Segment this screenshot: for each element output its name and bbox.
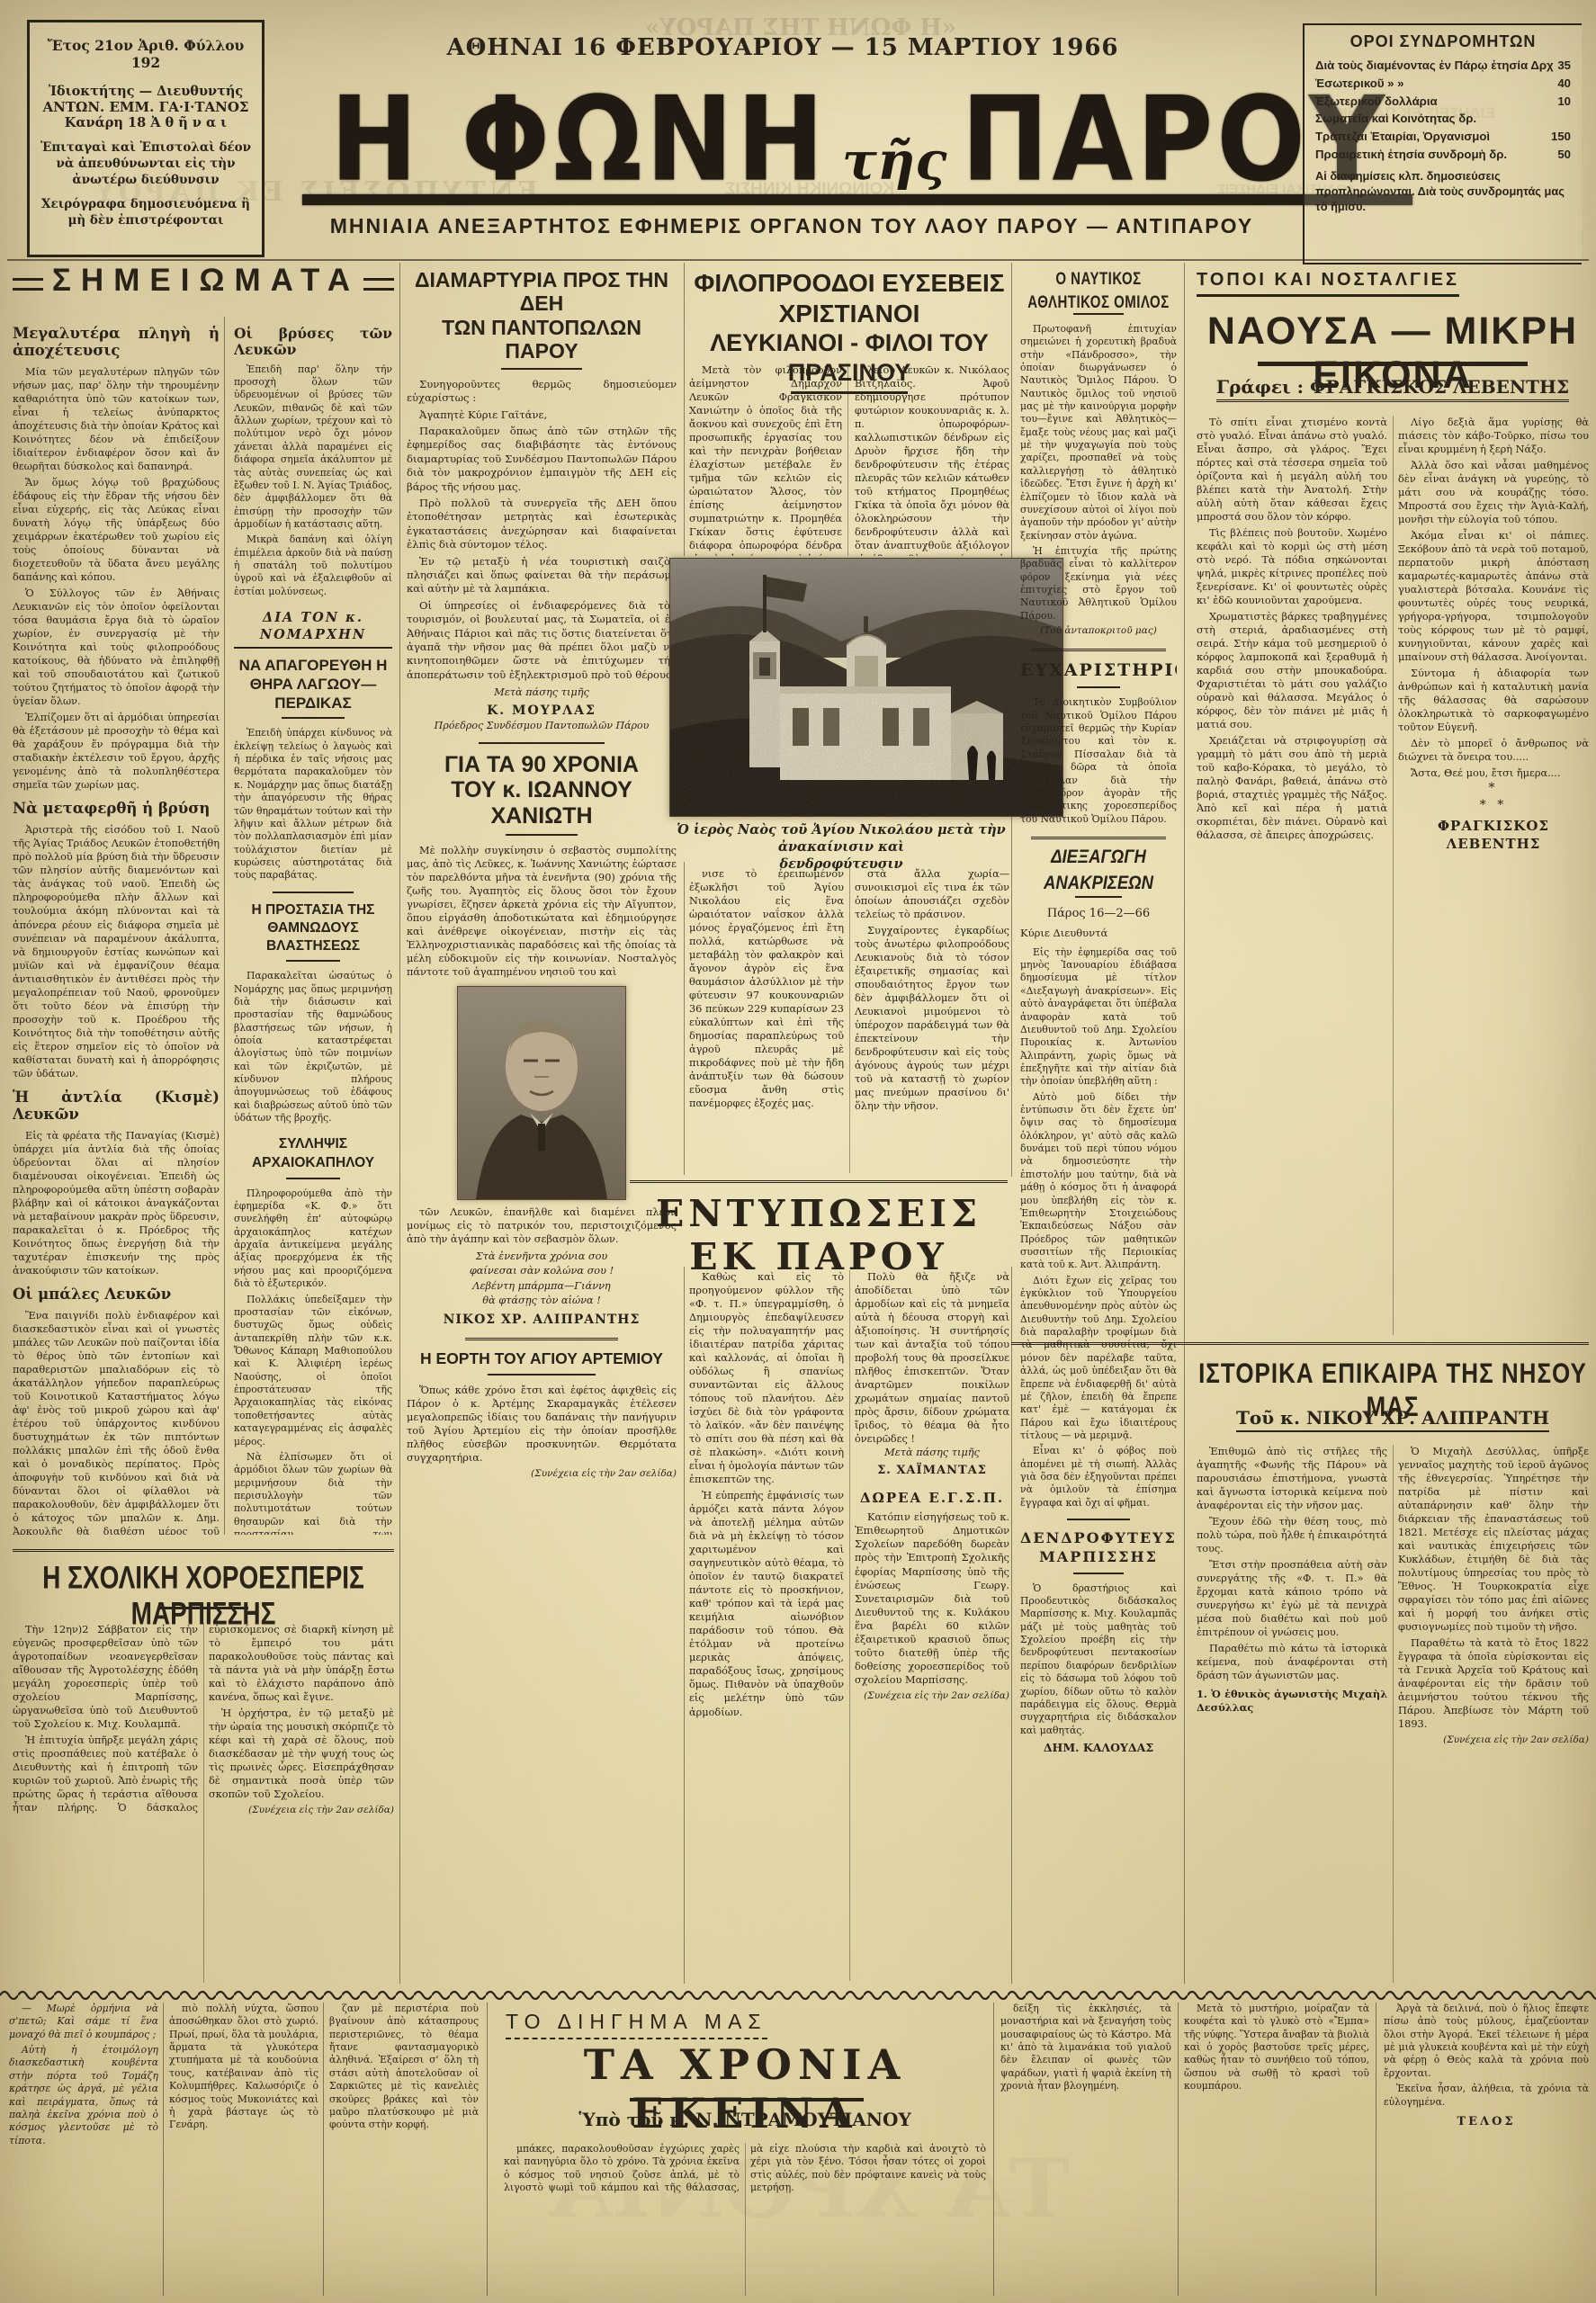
paragraph: ζαν μὲ περιστέρια ποὺ βγαίνουν ἀπὸ κάτασ…: [329, 2003, 479, 2132]
byline: Γράφει : ΦΡΑΓΚΙΣΚΟΣ ΛΕΒΕΝΤΗΣ: [1216, 376, 1569, 402]
article-title: ΔΩΡΕΑ Ε.Γ.Σ.Π.: [855, 1490, 1009, 1508]
paragraph: Τὶς βλέπεις ποὺ βουτοῦν. Χωμένο κεφάλι κ…: [1197, 526, 1387, 607]
column-divider: [684, 263, 685, 556]
paragraph: Πολὺ θὰ ἤξιζε νὰ ἀποδίδεται ὑπὸ τῶν ἁρμο…: [855, 1270, 1009, 1446]
title-underline: [302, 194, 1412, 205]
paragraph: Μετὰ τὸ μυστήριο, μοίραζαν τὰ κουφέτα κα…: [1184, 2003, 1369, 2093]
paragraph: Ἔχουν ἐδῶ τὴν θέση τους, πιὸ πολὺ τώρα, …: [1197, 1515, 1387, 1555]
article-title: Η ΠΡΟΣΤΑΣΙΑ ΤΗΣ ΘΑΜΝΩΔΟΥΣ ΒΛΑΣΤΗΣΕΩΣ: [234, 901, 392, 955]
story-column-7: Ἀργὰ τὰ δειλινά, ποὺ ὁ ἥλιος ἔπεφτε πίσω…: [1384, 2003, 1589, 2296]
paragraph: Ἀργὰ τὰ δειλινά, ποὺ ὁ ἥλιος ἔπεφτε πίσω…: [1384, 2003, 1589, 2080]
letter-closing: Μετὰ πάσης τιμῆς: [407, 686, 677, 699]
column-divider: [399, 263, 400, 1984]
rule: [273, 892, 354, 893]
entyposeis-body: Καθὼς καὶ εἰς τὸ προηγούμενον φύλλον τῆς…: [689, 1270, 1009, 1981]
continuation-note: (Συνέχεια εἰς τὴν 2αν σελίδα): [407, 1468, 677, 1481]
column-divider: [487, 2003, 488, 2296]
owner-name: ΑΝΤΩΝ. ΕΜΜ. ΓΑ·Ι·ΤΑΝΟΣ: [39, 99, 253, 115]
terms-row-value: 35: [1557, 57, 1571, 75]
terms-row-label: Ἐσωτερικοῦ » »: [1315, 75, 1404, 93]
paragraph: Δὲν τὸ μπορεῖ ὁ ἄνθρωπος νὰ διώχνει τὰ ὄ…: [1398, 737, 1589, 764]
column-divider: [1178, 2003, 1179, 2296]
paragraph: Ἄν ὅμως λόγῳ τοῦ βραχώδους ἐδάφους εἰς τ…: [13, 476, 220, 584]
filoproodoi-body-top-left: Μετὰ τὸν φιλοπρόοδον ἀείμνηστον Δήμαρχον…: [689, 363, 842, 556]
paragraph: Ὁ Σύλλογος τῶν ἐν Ἀθήναις Λευκιανῶν εἰς …: [13, 587, 220, 708]
byline: Τοῦ κ. ΝΙΚΟΥ ΧΡ. ΑΛΙΠΡΑΝΤΗ: [1236, 1407, 1549, 1432]
paragraph: πιὸ πολλὴ νύχτα, ὥσπου ἀποσώθηκαν ὅλοι σ…: [169, 2003, 318, 2132]
terms-row-label: Διὰ τοὺς διαμένοντας ἐν Πάρῳ ἐτησία Δρχ: [1315, 57, 1554, 75]
story-column-3: ζαν μὲ περιστέρια ποὺ βγαίνουν ἀπὸ κάτασ…: [329, 2003, 479, 2296]
paragraph: Κατόπιν εἰσηγήσεως τοῦ κ. Ἐπιθεωρητοῦ Δη…: [855, 1510, 1009, 1686]
owner-role: Ἰδιοκτήτης — Διευθυντής: [39, 84, 253, 99]
paragraph: Ἀλλὰ ὅσο καὶ νἆσαι μαθημένος δὲν εἶναι ἀ…: [1398, 459, 1589, 526]
signature: ΔΗΜ. ΚΑΛΟΥΔΑΣ: [1020, 1741, 1177, 1756]
paragraph: Ἕνα παιγνίδι πολὺ ἐνδιαφέρον καὶ διασκεδ…: [13, 1309, 220, 1535]
rule: [465, 1338, 618, 1340]
newspaper-title: Η ΦΩΝΗ τῆς ΠΑΡΟΥ: [297, 56, 1421, 193]
paragraph: Ἔτσι στὴν προσπάθεια αὐτὴ σὰν συνεργάτης…: [1197, 1558, 1387, 1639]
subscription-terms-box: ΟΡΟΙ ΣΥΝΔΡΟΜΗΤΩΝ Διὰ τοὺς διαμένοντας ἐν…: [1303, 23, 1582, 264]
story-column-6: Μετὰ τὸ μυστήριο, μοίραζαν τὰ κουφέτα κα…: [1184, 2003, 1369, 2296]
paragraph: Ἀριστερὰ τῆς εἰσόδου τοῦ Ι. Ναοῦ τῆς Ἁγί…: [13, 823, 220, 1080]
article-title: Ἡ ἀντλία (Κισμὲ) Λευκῶν: [13, 1089, 220, 1124]
paragraph: νισε τὸ ἐρειπωμένον ἐξωκλῆσι τοῦ Ἁγίου Ν…: [689, 867, 844, 1110]
rule: [286, 1178, 340, 1179]
paragraph: Ἐν τῷ μεταξὺ ἡ νέα τουριστικὴ σαιζὸν πλη…: [407, 555, 677, 596]
scholiki-rule: [158, 1607, 248, 1609]
paragraph: Εἶναι κι' ὁ φόβος ποὺ ἀπομένει μὲ τὴ σιω…: [1020, 1445, 1177, 1510]
paragraph: μπάκες, παρακολουθοῦσαν ἐγχώριες χαρὲς κ…: [504, 2143, 986, 2196]
masthead-info-box: Ἔτος 21ον Ἀριθ. Φύλλου 192 Ἰδιοκτήτης — …: [27, 20, 265, 257]
signature-role: Πρόεδρος Συνδέσμου Παντοπωλῶν Πάρου: [407, 720, 677, 733]
column-divider: [993, 2003, 994, 2296]
paragraph: Πρὸ πολλοῦ τὰ συνεργεῖα τῆς ΔΕΗ ὅπου ἐτο…: [407, 497, 677, 552]
article-kicker: ΔΙΑ ΤΟΝ κ. ΝΟΜΑΡΧΗΝ: [234, 609, 392, 649]
paragraph: — Μωρὲ ὁρμήνια νὰ σ'πετῶ; Καὶ σάμε τί ἕν…: [9, 2003, 158, 2041]
filoproodoi-body-bottom: νισε τὸ ἐρειπωμένον ἐξωκλῆσι τοῦ Ἁγίου Ν…: [689, 867, 1009, 1173]
article-title: ΕΝΤΥΠΩΣΕΙΣ ΕΚ ΠΑΡΟΥ: [630, 1192, 1008, 1278]
naoussa-body: Τὸ σπίτι εἶναι χτισμένο κοντὰ στὸ γυαλό.…: [1197, 416, 1589, 1335]
address: Κανάρη 18 Ἀ θ ῆ ν α ι: [39, 115, 253, 130]
rule: [1077, 686, 1120, 688]
paragraph: Πρωτοφανῆ ἐπιτυχίαν σημειώνει ἡ χορευτικ…: [1020, 323, 1177, 542]
paragraph: δείξη τὶς ἐκκλησιές, τὰ μοναστήρια καὶ ν…: [1000, 2003, 1171, 2093]
header-rule: [13, 278, 43, 291]
issue-number: Ἔτος 21ον Ἀριθ. Φύλλου 192: [39, 37, 253, 71]
column-divider: [847, 363, 848, 556]
rule: [1067, 1519, 1130, 1520]
paragraph: Μικρὰ δαπάνη καὶ ὀλίγη ἐπιμέλεια ἀρκοῦν …: [234, 533, 392, 598]
paragraph: Συγχαίροντες ἐγκαρδίως τοὺς ἀνωτέρω φιλο…: [855, 924, 1009, 1113]
article-title: Οἱ βρύσες τῶν Λευκῶν: [234, 326, 392, 358]
story-end: ΤΕΛΟΣ: [1384, 2114, 1589, 2129]
column-divider: [1011, 1267, 1012, 1984]
paragraph: Μετὰ τὸν φιλοπρόοδον ἀείμνηστον Δήμαρχον…: [689, 363, 842, 556]
naoussa-title-rule: [1258, 362, 1528, 366]
article-title: Η ΕΟΡΤΗ ΤΟΥ ΑΓΙΟΥ ΑΡΤΕΜΙΟΥ: [407, 1349, 677, 1369]
terms-row-label: Ἐξωτερικοῦ δολλάρια: [1315, 93, 1438, 111]
article-title: Ο ΝΑΥΤΙΚΟΣ ΑΘΛΗΤΙΚΟΣ ΟΜΙΛΟΣ: [1020, 268, 1177, 315]
paragraph: Εἰς τὰ φρέατα τῆς Παναγίας (Κισμὲ) ὑπάρχ…: [13, 1129, 220, 1277]
section-simeiomata-header: ΣΗΜΕΙΩΜΑΤΑ: [13, 264, 394, 308]
paragraph: Ὁ Μιχαὴλ Δεσύλλας, ὑπῆρξε γενναῖος μαχητ…: [1398, 1445, 1589, 1634]
article-title: ΔΕΝΔΡΟΦΥΤΕΥΣΙΣ: [1020, 1528, 1177, 1547]
paragraph: Εἰς τὴν ἐφημερίδα σας τοῦ μηνὸς Ἰανουαρί…: [1020, 946, 1177, 1089]
continuation-note: (Συνέχεια εἰς τὴν 2αν σελίδα): [855, 1690, 1009, 1703]
terms-title: ΟΡΟΙ ΣΥΝΔΡΟΜΗΤΩΝ: [1315, 32, 1571, 51]
article-title: Οἱ μπάλες Λευκῶν: [13, 1286, 220, 1304]
paragraph: Διότι ἔχων εἰς χεῖρας του ἐγκύκλιον τοῦ …: [1020, 1275, 1177, 1443]
naoussa-byline: Γράφει : ΦΡΑΓΚΙΣΚΟΣ ΛΕΒΕΝΤΗΣ: [1197, 376, 1589, 398]
article-title: ΕΥΧΑΡΙΣΤΗΡΙΟΝ: [1020, 659, 1177, 682]
entyposeis-header: ΕΝΤΥΠΩΣΕΙΣ ΕΚ ΠΑΡΟΥ: [630, 1180, 1008, 1278]
story-column-1: — Μωρὲ ὁρμήνια νὰ σ'πετῶ; Καὶ σάμε τί ἕν…: [9, 2003, 158, 2296]
letter-closing: Μετὰ πάσης τιμῆς: [855, 1446, 1009, 1459]
paragraph: Ὁ δραστήριος καὶ Προοδευτικὸς διδάσκαλος…: [1020, 1582, 1177, 1737]
signature: Κ. ΜΟΥΡΛΑΣ: [407, 703, 677, 720]
paragraph: Τὸ σπίτι εἶναι χτισμένο κοντὰ στὸ γυαλό.…: [1197, 416, 1387, 524]
scholiki-body: Τὴν 12ην)2 Σάββατον εἰς τὴν εὐγενῶς προσ…: [13, 1623, 394, 1983]
terms-row-label: Σωματεῖα καὶ Κοινότητας δρ.: [1315, 110, 1476, 128]
paragraph: Ἐπειδὴ ὑπάρχει κίνδυνος νὰ ἐκλείψῃ τελεί…: [234, 727, 392, 882]
letter-salutation: Κύριε Διευθυντά: [1020, 927, 1177, 940]
story-column-2: πιὸ πολλὴ νύχτα, ὥσπου ἀποσώθηκαν ὅλοι σ…: [169, 2003, 318, 2296]
portrait-photo: [457, 986, 626, 1200]
rule: [1075, 896, 1122, 898]
column-divider: [1376, 2003, 1376, 2296]
paragraph: Χρειάζεται νὰ στριφογυρίσῃ σὰ γραμμὴ τὸ …: [1197, 734, 1387, 842]
simeiomata-column-1: Μεγαλυτέρα πληγὴ ἡ ἀποχέτευσις Μία τῶν μ…: [13, 317, 220, 1535]
paragraph: Λίγο δεξιὰ ἅμα γυρίσῃς θὰ πιάσεις τὸν κά…: [1398, 416, 1589, 456]
paragraph: Ἐπειδὴ παρ' ὅλην τήν προσοχὴ ὅλων τῶν ὑδ…: [234, 363, 392, 532]
rule: [1073, 1573, 1124, 1574]
terms-row-value: 50: [1557, 146, 1571, 164]
paragraph: Ἐπιθυμῶ ἀπὸ τὶς στῆλες τῆς ἀγαπητῆς «Φων…: [1197, 1445, 1387, 1512]
terms-note: Αἱ διαφημίσεις κλπ. δημοσιεύσεις προπληρ…: [1315, 168, 1571, 215]
article-title: ΔΙΕΞΑΓΩΓΗ ΑΝΑΚΡΙΣΕΩΝ: [1020, 844, 1177, 895]
wavy-separator: [0, 1986, 1596, 1997]
scholiki-title: Η ΣΧΟΛΙΚΗ ΧΟΡΟΕΣΠΕΡΙΣ ΜΑΡΠΙΣΣΗΣ: [13, 1560, 394, 1632]
rule: [501, 368, 582, 370]
paragraph: Χρωματιστὲς βάρκες τραβηγμένες στὴ στερι…: [1197, 610, 1387, 731]
story-title-rule: [630, 2098, 864, 2101]
istorika-byline: Τοῦ κ. ΝΙΚΟΥ ΧΡ. ΑΛΙΠΡΑΝΤΗ: [1197, 1407, 1589, 1429]
masthead-divider: [7, 259, 1589, 261]
article-title: ΓΙΑ ΤΑ 90 ΧΡΟΝΙΑ: [407, 752, 677, 778]
column-nautikos: Ο ΝΑΥΤΙΚΟΣ ΑΘΛΗΤΙΚΟΣ ΟΜΙΛΟΣ Πρωτοφανῆ ἐπ…: [1020, 266, 1177, 1983]
column-divider: [684, 862, 685, 1175]
manuscripts-note: Χειρόγραφα δημοσιευόμενα ἢ μὴ δὲν ἐπιστρ…: [39, 196, 253, 229]
paragraph: Ἡ εὐπρεπὴς ἐμφάνισίς των ἁρμόζει κατὰ πά…: [689, 1489, 844, 1718]
paragraph: θὰ φτάσῃς τὸν αἰώνα !: [407, 1294, 677, 1308]
article-title: ΝΑ ΑΠΑΓΟΡΕΥΘΗ Η ΘΗΡΑ ΛΑΓΩΟΥ—ΠΕΡΔΙΚΑΣ: [234, 656, 392, 713]
rule: [506, 834, 578, 836]
letter-dateline: Πάρος 16—2—66: [1020, 906, 1177, 921]
story-body-center: μπάκες, παρακολουθοῦσαν ἐγχώριες χαρὲς κ…: [504, 2143, 986, 2296]
paragraph: Παραθέτω πιὸ κάτω τὰ ἱστορικὰ κείμενα, π…: [1197, 1642, 1387, 1682]
paragraph: Τὴν 12ην)2 Σάββατον εἰς τὴν εὐγενῶς προσ…: [13, 1623, 198, 1731]
paragraph: Νὰ ἐλπίσωμεν ὅτι οἱ ἁρμόδιοι ὅλων τῶν χω…: [234, 1451, 392, 1535]
column-deh: ΔΙΑΜΑΡΤΥΡΙΑ ΠΡΟΣ ΤΗΝ ΔΕΗ ΤΩΝ ΠΑΝΤΟΠΩΛΩΝ …: [407, 264, 677, 1985]
paragraph: Παρακαλεῖται ὡσαύτως ὁ Νομάρχης μας ὅπως…: [234, 970, 392, 1125]
naoussa-kicker: ΤΟΠΟΙ ΚΑΙ ΝΟΣΤΑΛΓΙΕΣ: [1197, 270, 1589, 297]
article-title: ΣΥΛΛΗΨΙΣ ΑΡΧΑΙΟΚΑΠΗΛΟΥ: [234, 1135, 392, 1172]
caption-line: Ὁ ἱερὸς Ναὸς τοῦ Ἁγίου Νικολάου μετὰ τὴν…: [630, 822, 1053, 856]
signature: ΦΡΑΓΚΙΣΚΟΣ ΛΕΒΕΝΤΗΣ: [1398, 818, 1589, 854]
paragraph: στὰ ἄλλα χωρία—συνοικισμοὶ εἴς τινα ἐκ τ…: [855, 867, 1009, 921]
paragraph: Πολλάκις ὑπεδείξαμεν τὴν προστασίαν τῶν …: [234, 1294, 392, 1448]
column-divider: [224, 317, 225, 1535]
rule: [1031, 837, 1166, 839]
paragraph: Πληροφορούμεθα ἀπὸ τὴν ἐφημερίδα «Κ. Φ.»…: [234, 1187, 392, 1291]
newspaper-subtitle: ΜΗΝΙΑΙΑ ΑΝΕΞΑΡΤΗΤΟΣ ΕΦΗΜΕΡΙΣ ΟΡΓΑΝΟΝ ΤΟΥ…: [270, 214, 1314, 238]
paragraph: Ἄστα, Θεέ μου, ἔτσι ἤμερα....: [1398, 766, 1589, 780]
story-column-5: δείξη τὶς ἐκκλησιές, τὰ μοναστήρια καὶ ν…: [1000, 2003, 1171, 2296]
paragraph: Ἡ ὀρχήστρα, ἐν τῷ μεταξὺ μὲ τὴν ὡραία τη…: [209, 1707, 394, 1801]
header-rule: [363, 278, 394, 291]
paragraph: λείου Λευκῶν κ. Νικόλαος Βιτζηλαῖος. Ἀφο…: [855, 363, 1009, 556]
article-title: Μεγαλυτέρα πληγὴ ἡ ἀποχέτευσις: [13, 326, 220, 360]
paragraph: Ἀγαπητὲ Κύριε Γαϊτάνε,: [407, 408, 677, 422]
paragraph: Ἐκεῖνα ἦσαν, ἀλήθεια, τὰ χρόνια τὰ εὐλογ…: [1384, 2083, 1589, 2109]
istorika-toprule: [1011, 1342, 1589, 1349]
rule: [1031, 649, 1166, 651]
scholiki-toprule: [13, 1549, 394, 1555]
asterism: ** *: [1398, 780, 1589, 813]
story-byline: Ὑπὸ τοῦ κ. Ν. ΝΤΡΑΜΟΥΤΙΑΝΟΥ: [500, 2109, 990, 2130]
article-title: Νὰ μεταφερθῆ ἡ βρύση: [13, 801, 220, 818]
paragraph: Λεβέντη μπάρμπα—Γιάννη: [407, 1279, 677, 1294]
section-kicker: ΤΟ ΔΙΗΓΗΜΑ ΜΑΣ: [506, 2010, 767, 2039]
rule: [488, 1374, 596, 1376]
terms-row-label: Προαιρετικὴ ἐτησία συνδρομὴ δρ.: [1315, 146, 1507, 164]
rule: [282, 717, 345, 719]
paragraph: Παραθέτω τὰ κατὰ τὸ ἔτος 1822 ἔγγραφα τὰ…: [1398, 1636, 1589, 1731]
paragraph: Αὐτὸ μοῦ δίδει τὴν ἐντύπωσιν ὅτι δὲν ἔχε…: [1020, 1091, 1177, 1272]
paragraph: Αὐτὴ ἡ ἐτοιμόλογη διασκεδαστικὴ κουβέντα…: [9, 2044, 158, 2147]
continuation-note: (Συνέχεια εἰς τὴν 2αν σελίδα): [209, 1805, 394, 1817]
paragraph: Παρακαλοῦμεν ὅπως ἀπὸ τῶν στηλῶν τῆς ἐφη…: [407, 425, 677, 494]
correspondence-note: Ἐπιταγαὶ καὶ Ἐπιστολαὶ δέον νὰ ἀπευθύνων…: [39, 139, 253, 189]
church-photo: [669, 558, 1063, 817]
filoproodoi-body-top-right: λείου Λευκῶν κ. Νικόλαος Βιτζηλαῖος. Ἀφο…: [855, 363, 1009, 556]
section-title: ΣΗΜΕΙΩΜΑΤΑ: [52, 264, 360, 296]
terms-row-value: 10: [1557, 93, 1571, 111]
credit: (Τοῦ ἀνταποκριτοῦ μας): [1020, 625, 1177, 638]
paragraph: Ἐλπίζομεν ὅτι αἱ ἁρμόδιαι ὑπηρεσίαι θὰ ἐ…: [13, 711, 220, 792]
continuation-note: (Συνέχεια εἰς τὴν 2αν σελίδα): [1398, 1734, 1589, 1747]
story-kicker: ΤΟ ΔΙΗΓΗΜΑ ΜΑΣ: [506, 2010, 865, 2039]
paragraph: Μία τῶν μεγαλυτέρων πληγῶν τῶν νήσων μας…: [13, 365, 220, 473]
terms-row-value: 150: [1551, 128, 1571, 146]
paragraph: Συνηγοροῦντες θερμῶς δημοσιεύομεν εὐχαρί…: [407, 378, 677, 406]
paragraph: Ὅπως κάθε χρόνο ἔτσι καὶ ἐφέτος ἀφιχθεὶς…: [407, 1384, 677, 1465]
paragraph: Σύντομα ἡ ἀδιαφορία των ἀνθρώπων καὶ ἡ κ…: [1398, 667, 1589, 734]
paragraph: Ἡ ἐπιτυχία τῆς πρώτης βραδυᾶς εἶναι τὸ κ…: [1020, 545, 1177, 623]
signature: ΝΙΚΟΣ ΧΡ. ΑΛΙΠΡΑΝΤΗΣ: [407, 1312, 677, 1329]
article-title: ΔΙΑΜΑΡΤΥΡΙΑ ΠΡΟΣ ΤΗΝ ΔΕΗ: [407, 268, 677, 316]
column-divider: [1184, 263, 1185, 1984]
section-kicker: ΤΟΠΟΙ ΚΑΙ ΝΟΣΤΑΛΓΙΕΣ: [1197, 270, 1459, 297]
newspaper-page: { "page":{"bg":"#e7dcae","ink":"#2a231a"…: [0, 0, 1596, 2303]
article-title: ΤΩΝ ΠΑΝΤΟΠΩΛΩΝ ΠΑΡΟΥ: [407, 316, 677, 363]
article-title: ΦΙΛΟΠΡΟΟΔΟΙ ΕΥΣΕΒΕΙΣ ΧΡΙΣΤΙΑΝΟΙ: [689, 268, 1009, 328]
terms-row-value: 40: [1557, 75, 1571, 93]
column-divider: [163, 2003, 164, 2296]
column-divider: [323, 2003, 324, 2296]
paragraph: Ἀκόμα εἶναι κι' οἱ πάπιες. Ξεκόβουν ἀπὸ …: [1398, 529, 1589, 664]
title-part-2: τῆς: [842, 135, 947, 193]
article-title: ΜΑΡΠΙΣΣΗΣ: [1020, 1547, 1177, 1566]
rule: [479, 742, 605, 744]
terms-row-label: Τράπεζαι Ἑταιρίαι, Ὀργανισμοὶ: [1315, 128, 1490, 146]
paragraph: Τὸ Διοικητικὸν Συμβούλιον τοῦ Ναυτικοῦ Ὁ…: [1020, 696, 1177, 826]
simeiomata-column-2: Οἱ βρύσες τῶν Λευκῶν Ἐπειδὴ παρ' ὅλην τή…: [234, 317, 392, 1535]
title-part-1: Η ΦΩΝΗ: [330, 82, 828, 199]
paragraph: Καθὼς καὶ εἰς τὸ προηγούμενον φύλλον τῆς…: [689, 1270, 844, 1486]
subheading: 1. Ὁ ἐθνικὸς ἀγωνιστὴς Μιχαὴλ Δεσύλλας: [1197, 1688, 1387, 1715]
istorika-body: Ἐπιθυμῶ ἀπὸ τὶς στῆλες τῆς ἀγαπητῆς «Φων…: [1197, 1445, 1589, 1983]
paragraph: Οἱ ὑπηρεσίες οἱ ἐνδιαφερόμενες διὰ τὸν τ…: [407, 599, 677, 682]
column-divider: [684, 1267, 685, 1984]
photo-caption: Ὁ ἱερὸς Ναὸς τοῦ Ἁγίου Νικολάου μετὰ τὴν…: [630, 822, 1053, 874]
rule: [286, 960, 340, 962]
signature: Σ. ΧΑΪΜΑΝΤΑΣ: [855, 1463, 1009, 1478]
